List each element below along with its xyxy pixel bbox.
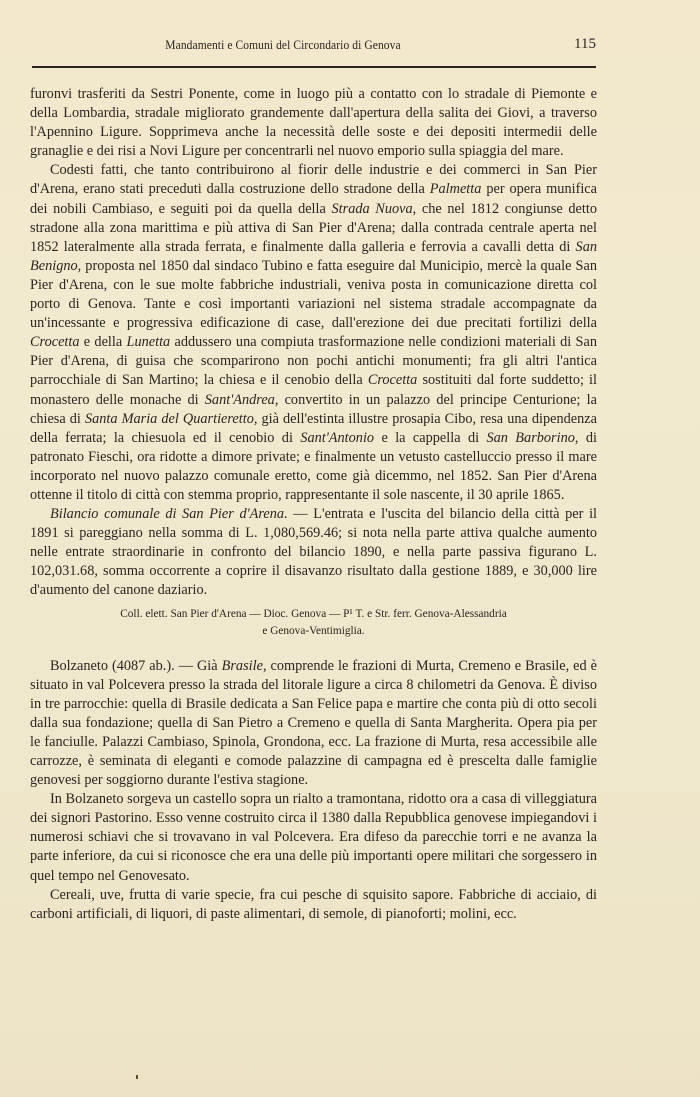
paragraph: furonvi trasferiti da Sestri Ponente, co… (30, 85, 597, 161)
italic-text: Palmetta (430, 181, 482, 197)
italic-text: Santa Maria del Quartieretto (85, 411, 254, 427)
paragraph: Codesti fatti, che tanto contribuirono a… (30, 161, 597, 505)
paper-speck (136, 1075, 138, 1079)
italic-text: Brasile (222, 658, 263, 674)
header-rule (32, 66, 596, 68)
section-bolzaneto: Bolzaneto (4087 ab.). — Già Brasile, com… (30, 657, 597, 924)
italic-text: Strada Nuova (332, 201, 413, 217)
italic-text: Sant'Andrea (205, 392, 275, 408)
italic-text: Crocetta (30, 334, 80, 350)
electoral-note: Coll. elett. San Pier d'Arena — Dioc. Ge… (30, 606, 597, 640)
text-run: e la cappella di (374, 430, 486, 446)
paragraph: In Bolzaneto sorgeva un castello sopra u… (30, 790, 597, 885)
text-run: furonvi trasferiti da Sestri Ponente, co… (30, 86, 597, 159)
text-run: e della (80, 334, 127, 350)
paragraph: Bolzaneto (4087 ab.). — Già Brasile, com… (30, 657, 597, 791)
italic-text: San Barborino (486, 430, 574, 446)
page-header: Mandamenti e Comuni del Circondario di G… (30, 38, 596, 58)
note-line-1: Coll. elett. San Pier d'Arena — Dioc. Ge… (30, 606, 597, 623)
section-san-pier-darena: furonvi trasferiti da Sestri Ponente, co… (30, 85, 597, 601)
italic-text: Crocetta (368, 372, 418, 388)
body-text: furonvi trasferiti da Sestri Ponente, co… (30, 85, 597, 924)
text-run: In Bolzaneto sorgeva un castello sopra u… (30, 791, 597, 883)
text-run: , comprende le frazioni di Murta, Cremen… (30, 658, 597, 789)
paragraph: Cereali, uve, frutta di varie specie, fr… (30, 886, 597, 924)
text-run: , proposta nel 1850 dal sindaco Tubino e… (30, 258, 597, 331)
page-number: 115 (574, 36, 596, 53)
text-run: Bolzaneto (4087 ab.). — Già (50, 658, 222, 674)
italic-text: Sant'Antonio (300, 430, 374, 446)
text-run: Cereali, uve, frutta di varie specie, fr… (30, 887, 597, 922)
note-line-2: e Genova-Ventimiglia. (30, 623, 597, 640)
italic-text: Bilancio comunale di San Pier d'Arena. (50, 506, 288, 522)
paragraph: Bilancio comunale di San Pier d'Arena. —… (30, 505, 597, 600)
italic-text: Lunetta (127, 334, 171, 350)
running-title: Mandamenti e Comuni del Circondario di G… (50, 38, 516, 53)
